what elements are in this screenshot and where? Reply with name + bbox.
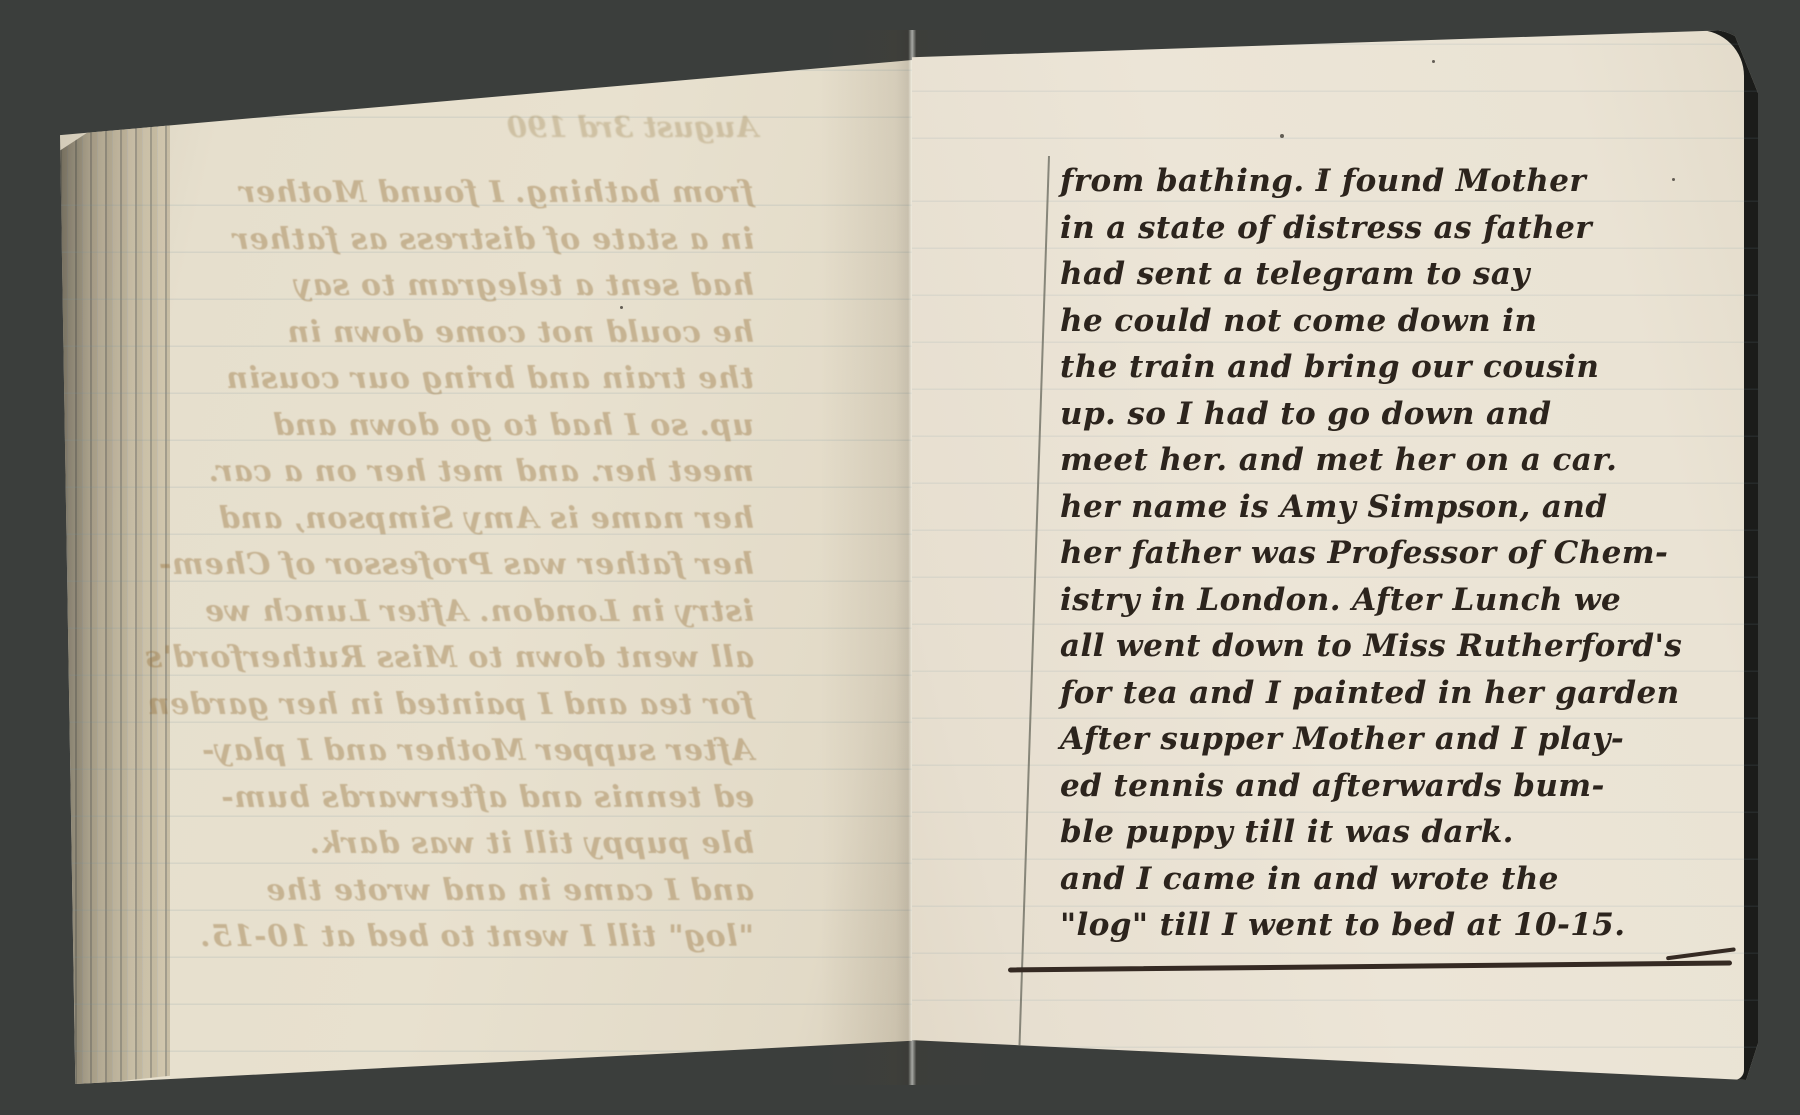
ghost-line: from bathing. I found Mother	[78, 170, 754, 217]
ink-speck	[1294, 230, 1297, 233]
ink-speck	[1318, 172, 1321, 175]
ghost-line: meet her. and met her on a car.	[78, 449, 754, 496]
ghost-line: and I came in and wrote the	[78, 868, 754, 915]
margin-line	[1017, 156, 1050, 1100]
diary-line: he could not come down in	[1060, 298, 1720, 345]
ghost-line: istry in London. After Lunch we	[78, 589, 754, 636]
diary-line: her name is Amy Simpson, and	[1060, 484, 1720, 531]
ghost-line: ed tennis and afterwards bum-	[78, 775, 754, 822]
diary-line: After supper Mother and I play-	[1060, 716, 1720, 763]
diary-line: ble puppy till it was dark.	[1060, 809, 1720, 856]
diary-line: meet her. and met her on a car.	[1060, 437, 1720, 484]
diary-line: and I came in and wrote the	[1060, 856, 1720, 903]
ghost-line: in a state of distress as father	[78, 217, 754, 264]
diary-text: from bathing. I found Mother in a state …	[1060, 158, 1720, 949]
ghost-text: from bathing. I found Mother in a state …	[78, 170, 754, 961]
closing-rule	[1008, 961, 1732, 972]
diary-line: ed tennis and afterwards bum-	[1060, 763, 1720, 810]
diary-line: had sent a telegram to say	[1060, 251, 1720, 298]
diary-line: from bathing. I found Mother	[1060, 158, 1720, 205]
ghost-line: her father was Professor of Chem-	[78, 542, 754, 589]
ghost-line: After supper Mother and I play-	[78, 728, 754, 775]
ghost-line: had sent a telegram to say	[78, 263, 754, 310]
diary-line: the train and bring our cousin	[1060, 344, 1720, 391]
ghost-heading: August 3rd 190	[428, 110, 758, 144]
left-page: August 3rd 190 from bathing. I found Mot…	[60, 58, 912, 1086]
ghost-line: her name is Amy Simpson, and	[78, 496, 754, 543]
ghost-line: the train and bring our cousin	[78, 356, 754, 403]
ghost-line: "log" till I went to bed at 10-15.	[78, 914, 754, 961]
right-page: from bathing. I found Mother in a state …	[912, 30, 1758, 1080]
ink-speck	[1672, 178, 1675, 181]
diary-line: in a state of distress as father	[1060, 205, 1720, 252]
ink-speck	[412, 48, 416, 52]
ghost-line: ble puppy till it was dark.	[78, 821, 754, 868]
ghost-line: up. so I had to go down and	[78, 403, 754, 450]
ink-speck	[1280, 134, 1284, 138]
ink-speck	[620, 306, 623, 309]
diary-line: "log" till I went to bed at 10-15.	[1060, 902, 1720, 949]
ghost-line: for tea and I painted in her garden	[78, 682, 754, 729]
ink-speck	[1432, 60, 1435, 63]
ghost-line: all went down to Miss Rutherford's	[78, 635, 754, 682]
diary-line: her father was Professor of Chem-	[1060, 530, 1720, 577]
photo-background: August 3rd 190 from bathing. I found Mot…	[0, 0, 1800, 1115]
diary-line: for tea and I painted in her garden	[1060, 670, 1720, 717]
diary-line: istry in London. After Lunch we	[1060, 577, 1720, 624]
diary-line: up. so I had to go down and	[1060, 391, 1720, 438]
diary-line: all went down to Miss Rutherford's	[1060, 623, 1720, 670]
ghost-line: he could not come down in	[78, 310, 754, 357]
